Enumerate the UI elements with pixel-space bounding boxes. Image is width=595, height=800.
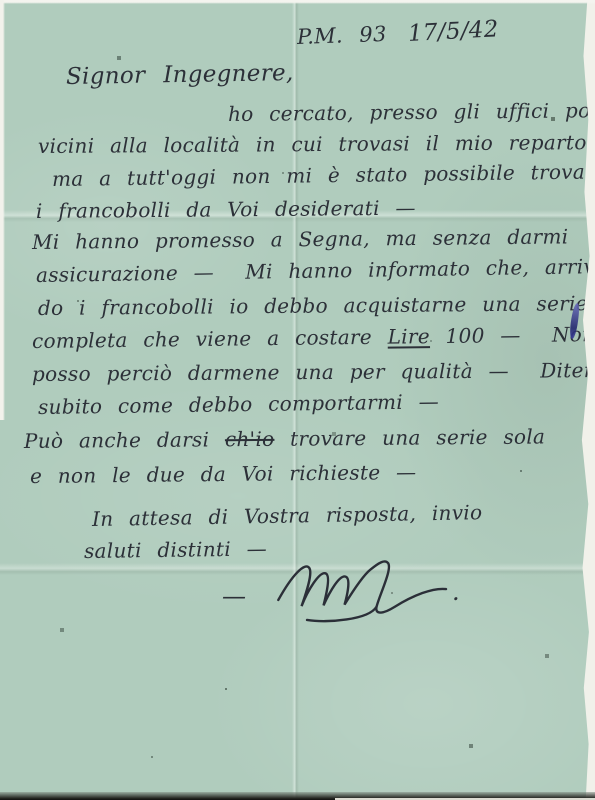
line-8-text: completa che viene a costare — [32, 325, 388, 353]
letter-line-1: ho cercato, presso gli uffici postali — [228, 100, 595, 124]
signature-dash: — — [222, 584, 246, 608]
letter-line-10: subito come debbo comportarmi — — [38, 391, 439, 417]
signature-dot: . — [452, 580, 460, 604]
closing-line-1: In attesa di Vostra risposta, invio — [92, 502, 483, 529]
letter-line-9: posso perciò darmene una per qualità — D… — [32, 360, 595, 384]
scan-edge-left — [0, 0, 5, 420]
letter-line-12: e non le due da Voi richieste — — [30, 462, 417, 486]
letter-line-2: vicini alla località in cui trovasi il m… — [38, 132, 593, 156]
line-11-text-end: trovare una serie sola — [274, 424, 545, 450]
scan-edge-top — [0, 0, 595, 4]
underlined-price-word: Lire — [387, 324, 430, 349]
letter-line-8: completa che viene a costare Lire 100 — … — [32, 324, 595, 351]
letter-line-5: Mi hanno promesso a Segna, ma senza darm… — [32, 226, 569, 252]
letter-line-4: i francobolli da Voi desiderati — — [36, 198, 416, 221]
salutation: Signor Ingegnere, — [66, 62, 294, 89]
letter-date: 17/5/42 — [407, 18, 499, 46]
closing-line-2: saluti distinti — — [84, 538, 267, 561]
letter-line-11: Può anche darsi ch'io trovare una serie … — [24, 426, 545, 451]
signature-flourish — [267, 549, 460, 631]
field-post-mark: P.M. 93 — [297, 24, 387, 48]
scanned-letter: P.M. 93 17/5/42 Signor Ingegnere, ho cer… — [0, 0, 595, 800]
letter-line-7: do i francobolli io debbo acquistarne un… — [38, 293, 588, 318]
line-11-text: Può anche darsi — [24, 427, 225, 453]
crossed-out-word: ch'io — [225, 427, 275, 451]
